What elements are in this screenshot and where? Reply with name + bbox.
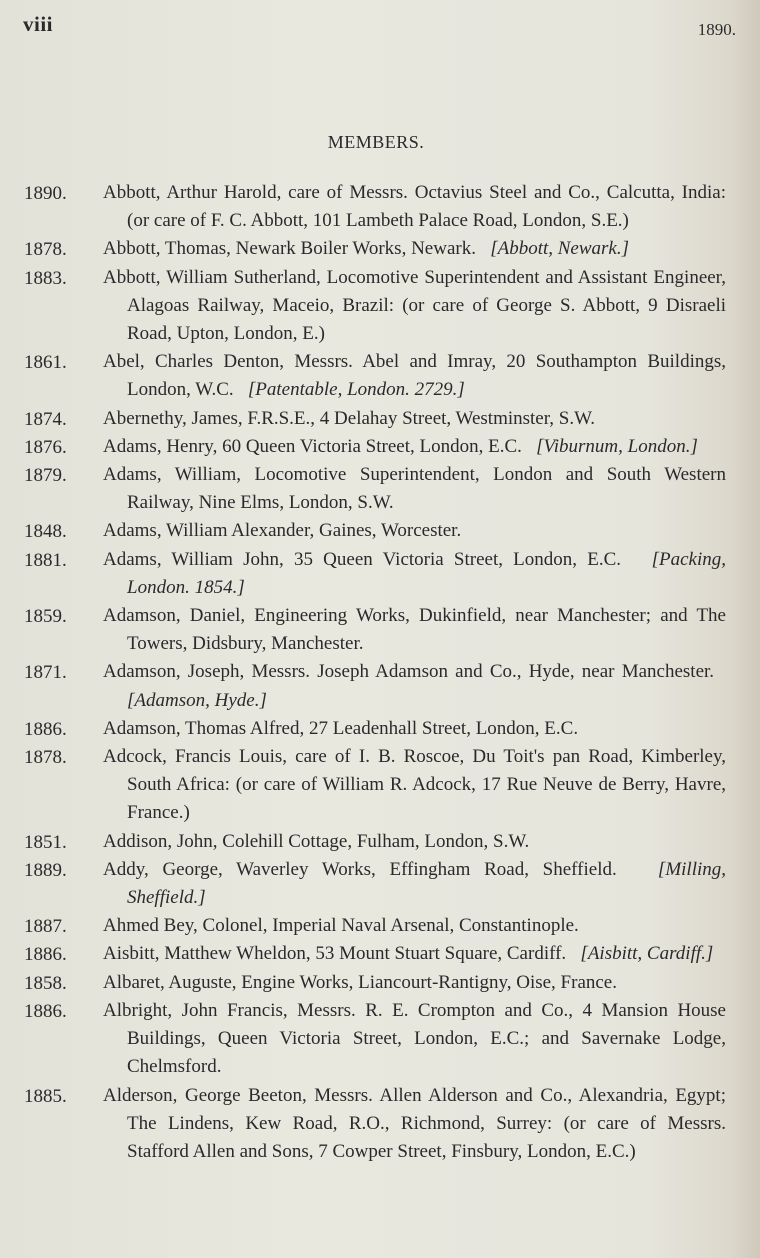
election-year: 1851.: [24, 829, 67, 857]
election-year: 1887.: [24, 913, 67, 941]
election-year: 1878.: [24, 744, 67, 772]
member-details: Albaret, Auguste, Engine Works, Liancour…: [103, 972, 617, 993]
member-entry: 1859.Adamson, Daniel, Engineering Works,…: [24, 602, 726, 658]
member-details: Abbott, Arthur Harold, care of Messrs. O…: [103, 182, 726, 231]
member-entry: 1887.Ahmed Bey, Colonel, Imperial Naval …: [24, 912, 726, 940]
page-number: viii: [23, 12, 53, 37]
member-details: Adams, William John, 35 Queen Victoria S…: [103, 549, 621, 570]
member-entry: 1848.Adams, William Alexander, Gaines, W…: [24, 517, 726, 545]
member-details: Albright, John Francis, Messrs. R. E. Cr…: [103, 1000, 726, 1077]
telegraphic-address: [Aisbitt, Cardiff.]: [580, 943, 713, 964]
member-details: Adamson, Thomas Alfred, 27 Leadenhall St…: [103, 718, 578, 739]
member-entry: 1879.Adams, William, Locomotive Superint…: [24, 461, 726, 517]
telegraphic-address: [Patentable, London. 2729.]: [248, 379, 465, 400]
section-title: MEMBERS.: [0, 132, 752, 153]
member-entry: 1858.Albaret, Auguste, Engine Works, Lia…: [24, 969, 726, 997]
member-entry: 1886.Aisbitt, Matthew Wheldon, 53 Mount …: [24, 940, 726, 968]
election-year: 1858.: [24, 970, 67, 998]
member-entry: 1881.Adams, William John, 35 Queen Victo…: [24, 546, 726, 602]
election-year: 1861.: [24, 349, 67, 377]
member-entry: 1885.Alderson, George Beeton, Messrs. Al…: [24, 1082, 726, 1167]
member-entry: 1874.Abernethy, James, F.R.S.E., 4 Delah…: [24, 405, 726, 433]
election-year: 1886.: [24, 941, 67, 969]
member-entry: 1883.Abbott, William Sutherland, Locomot…: [24, 264, 726, 349]
election-year: 1876.: [24, 434, 67, 462]
telegraphic-address: [Adamson, Hyde.]: [127, 690, 267, 711]
election-year: 1871.: [24, 659, 67, 687]
member-details: Addison, John, Colehill Cottage, Fulham,…: [103, 831, 529, 852]
member-entry: 1886.Albright, John Francis, Messrs. R. …: [24, 997, 726, 1082]
member-entry: 1878.Adcock, Francis Louis, care of I. B…: [24, 743, 726, 828]
election-year: 1883.: [24, 265, 67, 293]
member-details: Adams, William Alexander, Gaines, Worces…: [103, 520, 461, 541]
member-entry: 1851.Addison, John, Colehill Cottage, Fu…: [24, 828, 726, 856]
election-year: 1878.: [24, 236, 67, 264]
election-year: 1848.: [24, 518, 67, 546]
member-details: Abbott, Thomas, Newark Boiler Works, New…: [103, 238, 476, 259]
member-entry: 1890.Abbott, Arthur Harold, care of Mess…: [24, 179, 726, 235]
telegraphic-address: [Viburnum, London.]: [536, 436, 698, 457]
member-details: Adams, Henry, 60 Queen Victoria Street, …: [103, 436, 522, 457]
member-details: Adams, William, Locomotive Superintenden…: [103, 464, 726, 513]
member-details: Adamson, Daniel, Engineering Works, Duki…: [103, 605, 726, 654]
member-details: Alderson, George Beeton, Messrs. Allen A…: [103, 1085, 726, 1162]
member-details: Abbott, William Sutherland, Locomotive S…: [103, 267, 726, 344]
election-year: 1886.: [24, 716, 67, 744]
election-year: 1881.: [24, 547, 67, 575]
member-list: 1890.Abbott, Arthur Harold, care of Mess…: [24, 179, 726, 1166]
member-details: Aisbitt, Matthew Wheldon, 53 Mount Stuar…: [103, 943, 566, 964]
election-year: 1890.: [24, 180, 67, 208]
book-page: viii 1890. MEMBERS. 1890.Abbott, Arthur …: [0, 0, 760, 1258]
election-year: 1859.: [24, 603, 67, 631]
member-details: Abernethy, James, F.R.S.E., 4 Delahay St…: [103, 408, 595, 429]
member-entry: 1876.Adams, Henry, 60 Queen Victoria Str…: [24, 433, 726, 461]
election-year: 1886.: [24, 998, 67, 1026]
member-details: Adcock, Francis Louis, care of I. B. Ros…: [103, 746, 726, 823]
member-entry: 1886.Adamson, Thomas Alfred, 27 Leadenha…: [24, 715, 726, 743]
election-year: 1874.: [24, 406, 67, 434]
member-entry: 1889.Addy, George, Waverley Works, Effin…: [24, 856, 726, 912]
telegraphic-address: [Abbott, Newark.]: [490, 238, 629, 259]
member-details: Adamson, Joseph, Messrs. Joseph Adamson …: [103, 661, 714, 682]
election-year: 1879.: [24, 462, 67, 490]
member-entry: 1878.Abbott, Thomas, Newark Boiler Works…: [24, 235, 726, 263]
member-details: Addy, George, Waverley Works, Effingham …: [103, 859, 617, 880]
member-details: Ahmed Bey, Colonel, Imperial Naval Arsen…: [103, 915, 579, 936]
member-entry: 1861.Abel, Charles Denton, Messrs. Abel …: [24, 348, 726, 404]
election-year: 1889.: [24, 857, 67, 885]
running-head-year: 1890.: [698, 20, 736, 40]
member-entry: 1871.Adamson, Joseph, Messrs. Joseph Ada…: [24, 658, 726, 714]
election-year: 1885.: [24, 1083, 67, 1111]
